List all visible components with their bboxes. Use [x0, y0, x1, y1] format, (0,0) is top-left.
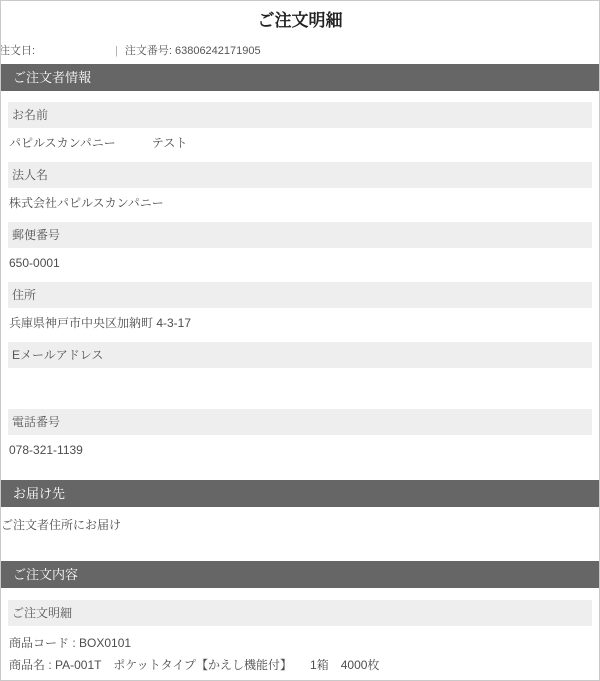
delivery-destination-value: ご注文者住所にお届け [1, 518, 599, 532]
page-title: ご注文明細 [1, 10, 599, 32]
meta-separator: | [115, 44, 118, 59]
orderer-field-list: お名前 パピルスカンパニー テスト 法人名 株式会社パピルスカンパニー 郵便番号… [1, 102, 599, 457]
field-value-email [9, 376, 591, 397]
field-label-address: 住所 [8, 282, 592, 308]
field-label-company: 法人名 [8, 162, 592, 188]
field-label-postal-code: 郵便番号 [8, 222, 592, 248]
section-header-orderer: ご注文者情報 [1, 64, 599, 91]
field-value-phone: 078-321-1139 [9, 443, 591, 457]
order-number: 注文番号: 63806242171905 [125, 44, 261, 59]
field-label-name: お名前 [8, 102, 592, 128]
order-meta-row: 注文日: | 注文番号: 63806242171905 [0, 44, 599, 59]
field-label-phone: 電話番号 [8, 409, 592, 435]
field-value-company: 株式会社パピルスカンパニー [9, 196, 591, 210]
section-header-order-contents: ご注文内容 [1, 561, 599, 588]
field-value-address: 兵庫県神戸市中央区加納町 4-3-17 [9, 316, 591, 330]
field-value-name: パピルスカンパニー テスト [9, 136, 591, 150]
order-detail-subheading: ご注文明細 [8, 600, 592, 626]
field-value-postal-code: 650-0001 [9, 256, 591, 270]
field-label-email: Eメールアドレス [8, 342, 592, 368]
item-product-code: 商品コード : BOX0101 [9, 636, 591, 650]
order-date-label: 注文日: [0, 44, 115, 59]
item-product-name: 商品名 : PA-001T ポケットタイプ【かえし機能付】 1箱 4000枚 [9, 658, 591, 672]
order-detail-page: ご注文明細 注文日: | 注文番号: 63806242171905 ご注文者情報… [0, 0, 600, 681]
section-header-delivery: お届け先 [1, 480, 599, 507]
